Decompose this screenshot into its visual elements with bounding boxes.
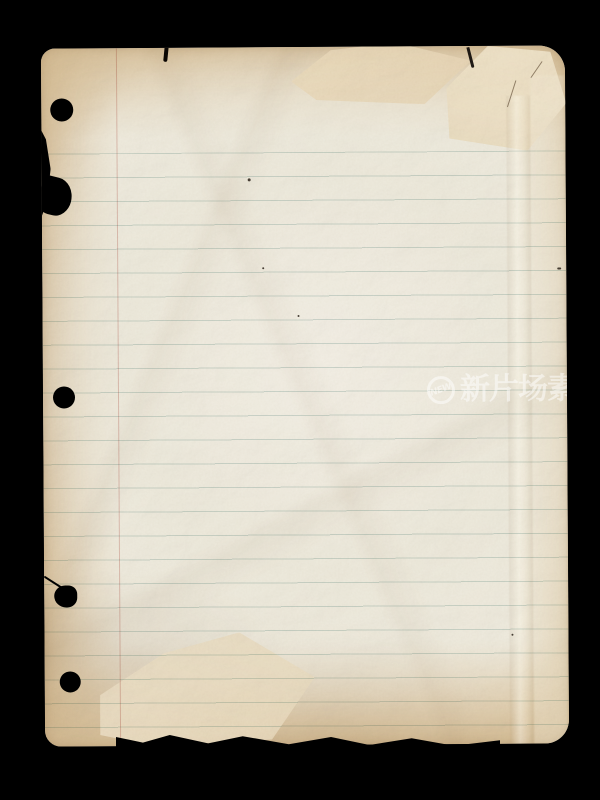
dust-speck [557, 267, 561, 269]
dust-speck [298, 315, 300, 317]
dust-speck [262, 267, 264, 269]
stock-watermark: NEW 新片场素材 [427, 373, 569, 406]
punch-hole-bottom [60, 671, 81, 692]
xinpianchang-logo-icon: NEW [427, 376, 455, 404]
punch-hole-middle [53, 386, 75, 408]
ruled-lines [42, 150, 570, 739]
watermark-text: 新片场素材 [460, 373, 569, 406]
paper-sheet: NEW 新片场素材 [41, 45, 569, 746]
dust-speck [511, 634, 513, 636]
photo-backdrop: NEW 新片场素材 [0, 0, 600, 800]
punch-hole-lower [54, 585, 77, 607]
punch-hole-top [50, 98, 73, 121]
dust-speck [248, 178, 251, 181]
watermark-logo-text: NEW [429, 382, 453, 399]
